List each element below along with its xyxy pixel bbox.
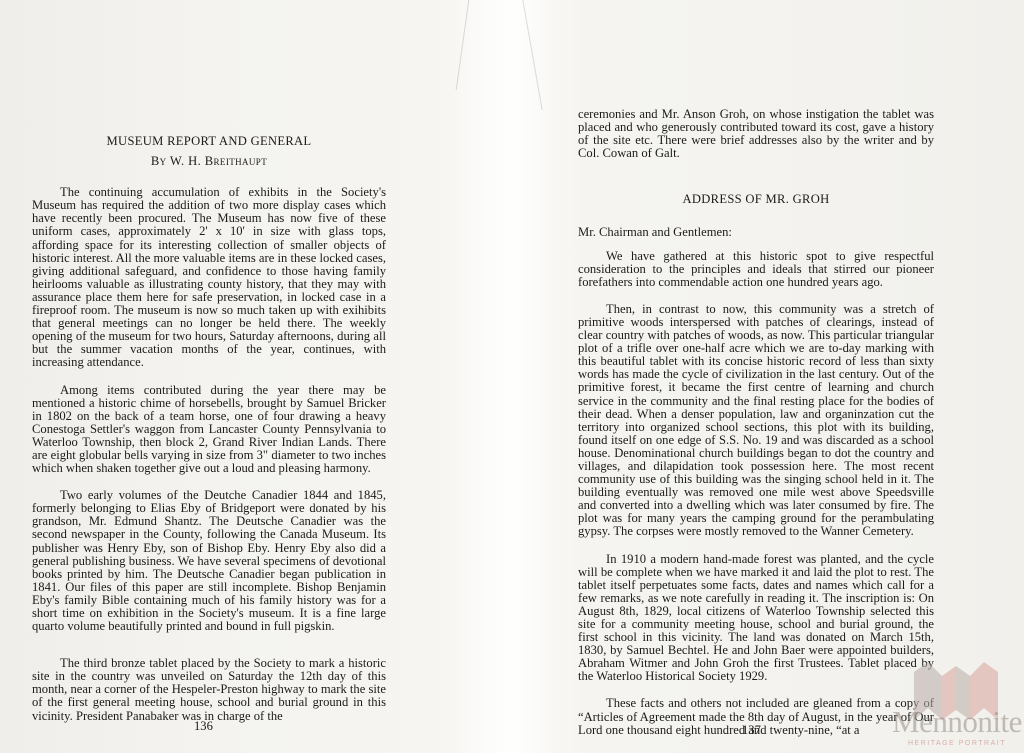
article-title: MUSEUM REPORT AND GENERAL [32,135,386,148]
article-byline: By W. H. Breithaupt [32,155,386,168]
book-spread: MUSEUM REPORT AND GENERAL By W. H. Breit… [0,0,1024,753]
paragraph: In 1910 a modern hand-made forest was pl… [578,553,934,684]
salutation: Mr. Chairman and Gentlemen: [578,226,934,239]
paragraph: Two early volumes of the Deutche Canadie… [32,489,386,633]
page-number-left: 136 [194,719,213,734]
right-page-column: ceremonies and Mr. Anson Groh, on whose … [578,108,934,737]
left-page: MUSEUM REPORT AND GENERAL By W. H. Breit… [0,0,512,753]
page-number-right: 137 [742,723,761,738]
continued-paragraph: ceremonies and Mr. Anson Groh, on whose … [578,108,934,160]
paragraph: We have gathered at this historic spot t… [578,250,934,289]
left-page-column: MUSEUM REPORT AND GENERAL By W. H. Breit… [32,135,386,723]
paragraph: The third bronze tablet placed by the So… [32,657,386,722]
section-title: ADDRESS OF MR. GROH [578,193,934,206]
paragraph: Among items contributed during the year … [32,384,386,476]
paragraph: Then, in contrast to now, this community… [578,303,934,539]
paragraph: The continuing accumulation of exhibits … [32,186,386,369]
